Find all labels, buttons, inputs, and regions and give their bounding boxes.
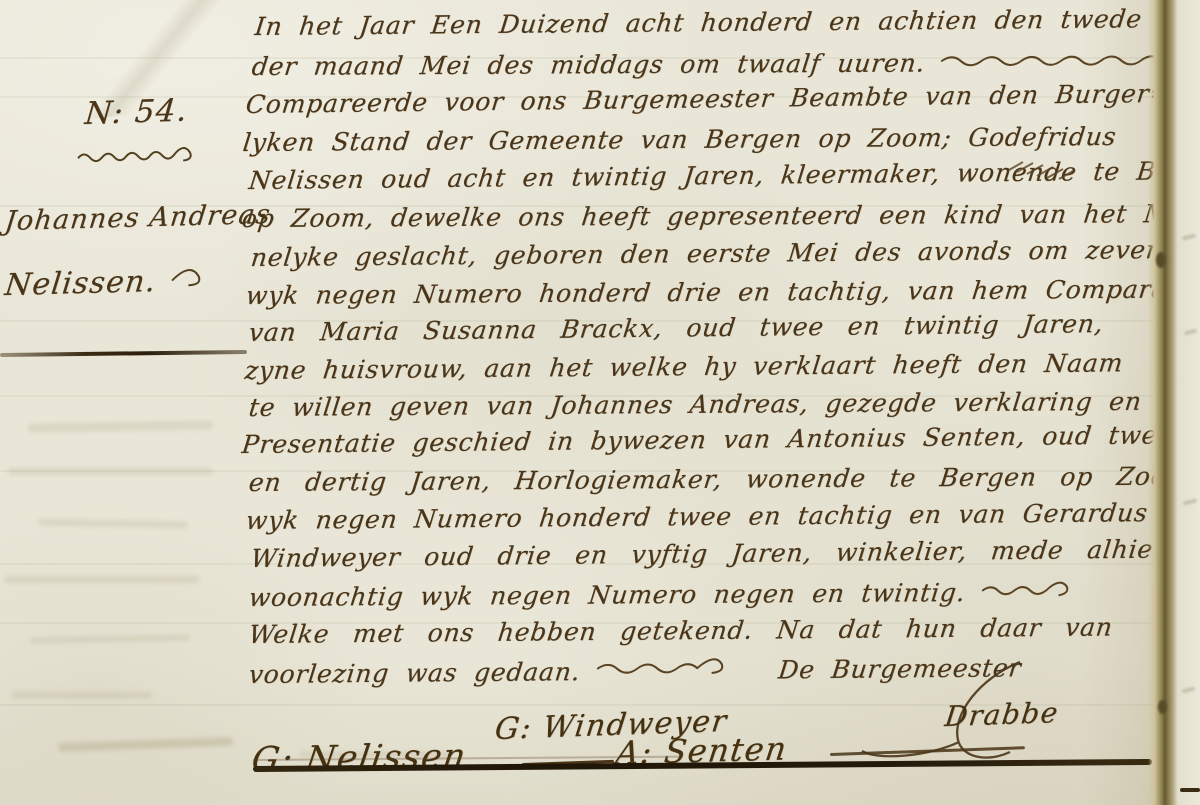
registered-name-first: Johannes Andreas <box>3 199 272 237</box>
manuscript-line: der maand Mei des middags om twaalf uure… <box>250 47 1200 81</box>
manuscript-line: lyken Stand der Gemeente van Bergen op Z… <box>241 122 1118 157</box>
act-number: N: 54. <box>83 92 189 132</box>
filler-flourish <box>979 578 1073 599</box>
manuscript-line: wyk negen Numero honderd twee en tachtig… <box>244 498 1149 535</box>
bleedthrough-mark <box>28 420 213 432</box>
registered-name-last-text: Nelissen. <box>3 264 158 303</box>
flourish-loop <box>169 266 210 289</box>
manuscript-line: te willen geven van Johannes Andreas, ge… <box>247 387 1143 422</box>
margin-divider-rule <box>0 350 247 357</box>
signature-burgemeester: Drabbe <box>943 696 1061 733</box>
bleedthrough-mark <box>38 519 188 529</box>
filler-flourish <box>594 655 747 678</box>
manuscript-line: zyne huisvrouw, aan het welke hy verklaa… <box>243 348 1125 385</box>
bleedthrough-mark <box>12 692 152 698</box>
scanned-document-page: N: 54. Johannes Andreas Nelissen. In het… <box>0 0 1200 805</box>
manuscript-line: Welke met ons hebben getekend. Na dat hu… <box>247 612 1114 649</box>
bleedthrough-mark <box>4 576 199 583</box>
fold-knot <box>1158 700 1167 714</box>
manuscript-line-text: der maand Mei des middags om twaalf uure… <box>250 48 927 81</box>
facing-page-rule <box>1180 788 1200 792</box>
manuscript-line: In het Jaar Een Duizend acht honderd en … <box>253 4 1143 41</box>
registered-name-last: Nelissen. <box>3 263 210 303</box>
bleedthrough-mark <box>58 737 233 752</box>
manuscript-line: Presentatie geschied in bywezen van Anto… <box>240 420 1174 459</box>
fold-knot <box>1156 252 1166 268</box>
manuscript-line: van Maria Susanna Brackx, oud twee en tw… <box>247 309 1105 347</box>
manuscript-line: Windweyer oud drie en vyftig Jaren, wink… <box>249 534 1167 573</box>
bleedthrough-mark <box>30 635 190 644</box>
manuscript-line: Compareerde voor ons Burgemeester Beambt… <box>244 79 1173 119</box>
manuscript-line: nelyke geslacht, geboren den eerste Mei … <box>249 234 1200 272</box>
flourish-underline <box>76 144 209 167</box>
manuscript-line: woonachtig wyk negen Numero negen en twi… <box>247 577 1073 612</box>
manuscript-line-text: voorlezing was gedaan. <box>247 657 582 689</box>
bleedthrough-mark <box>8 468 213 475</box>
manuscript-line: wyk negen Numero honderd drie en tachtig… <box>244 274 1200 310</box>
facing-page-sliver <box>1178 0 1200 805</box>
ink-scribble <box>1005 152 1115 178</box>
manuscript-line: op Zoom, dewelke ons heeft gepresenteerd… <box>240 199 1200 233</box>
manuscript-line: en dertig Jaren, Horlogiemaker, wonende … <box>247 461 1200 497</box>
page-fold <box>1148 0 1178 805</box>
manuscript-line-text: woonachtig wyk negen Numero negen en twi… <box>247 578 967 612</box>
